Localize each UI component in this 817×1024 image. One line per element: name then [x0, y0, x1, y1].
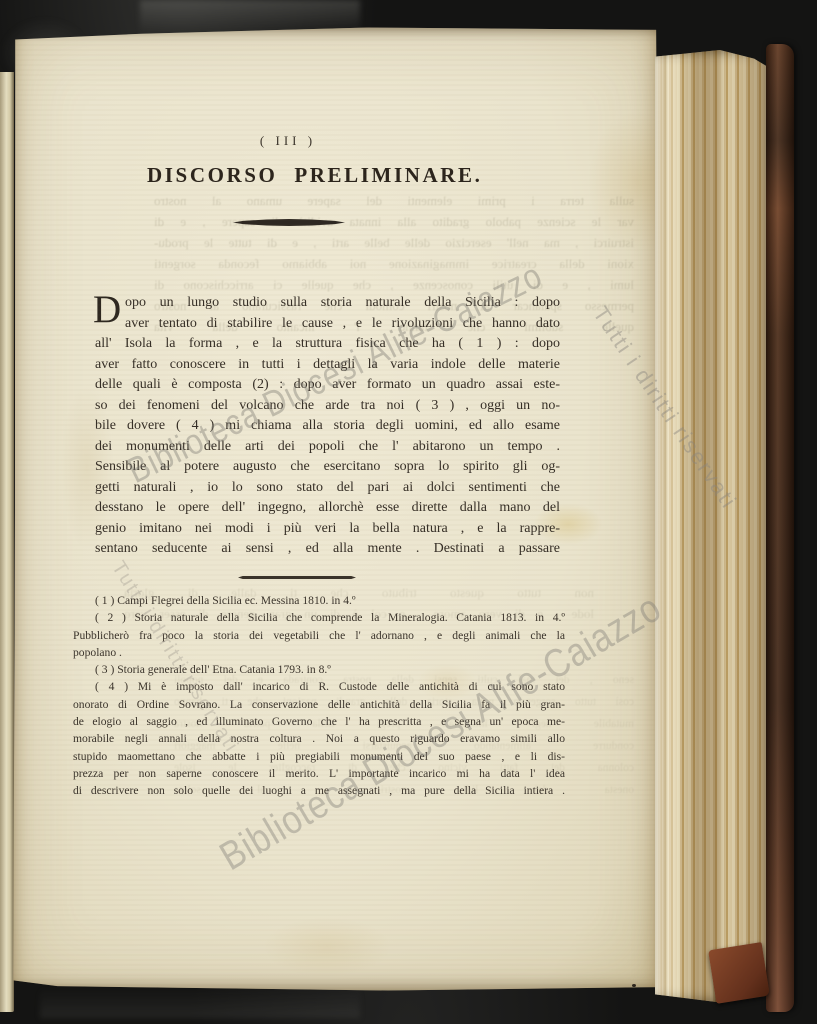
page-number: ( III ): [218, 133, 358, 149]
body-text-line: aver fatto conoscere in tutti i dettagli…: [95, 355, 560, 376]
footnote-line: popolano .: [73, 644, 565, 661]
footnotes: ( 1 ) Campi Flegrei della Sicilia ec. Me…: [73, 592, 565, 800]
footnote-line: de elogio al saggio , ed illuminato Gove…: [73, 713, 565, 730]
footnote-line: onorato di Ordine Sovrano. La conservazi…: [73, 696, 565, 713]
footnote-line: ( 2 ) Storia naturale della Sicilia che …: [73, 609, 565, 626]
body-text-line: bile dovere ( 4 ) mi chiama alla storia …: [95, 416, 560, 437]
footnote-line: Pubblicherò fra poco la storia dei veget…: [73, 627, 565, 644]
body-text-line: desstano le opere dell' ingegno, allorch…: [95, 498, 560, 519]
title-ornament-rule: [233, 219, 345, 226]
footnote-line: stupido maomettano che abbatte i più pre…: [73, 748, 565, 765]
paper-stain: [242, 907, 412, 987]
book-binding: [766, 44, 794, 1012]
body-text-line: sentano seducente ai sensi , ed alla men…: [95, 539, 560, 560]
page-stack-fore-edge: [655, 50, 773, 1002]
bleedthrough-line: xioni della creatrice immaginazione noi …: [154, 253, 634, 274]
footnote-line: prezza per non saperne conoscere il meri…: [73, 765, 565, 782]
body-text: opo un lungo studio sulla storia natural…: [95, 293, 560, 560]
footnote-line: ( 3 ) Storia generale dell' Etna. Catani…: [73, 661, 565, 678]
book-page: sulla terra i primi elementi del sapere …: [12, 27, 660, 991]
body-text-line: genio imitano nei modi i più veri la bel…: [95, 519, 560, 540]
body-text-line: delle quali è composta (2) : dopo aver f…: [95, 375, 560, 396]
body-text-line: opo un lungo studio sulla storia natural…: [95, 293, 560, 314]
bleedthrough-line: sulla terra i primi elementi del sapere …: [154, 190, 634, 211]
footnote-line: ( 4 ) Mi è imposto dall' incarico di R. …: [73, 678, 565, 695]
bleedthrough-line: istruirci , ma nell' esercizio delle bel…: [154, 232, 634, 253]
backdrop-sheen: [40, 988, 360, 1018]
book-photo-scene: sulla terra i primi elementi del sapere …: [0, 0, 817, 1024]
footnote-line: ( 1 ) Campi Flegrei della Sicilia ec. Me…: [73, 592, 565, 609]
body-text-line: getti naturali , io lo sono stato del pa…: [95, 478, 560, 499]
footnote-line: morabile negli annali della nostra coltu…: [73, 730, 565, 747]
footnote-separator-rule: [238, 576, 356, 579]
facing-page-edge: [0, 72, 14, 1012]
footnote-line: di descrivere non solo quelle dei luoghi…: [73, 782, 565, 799]
body-text-line: so dei fenomeni del volcano che arde tra…: [95, 396, 560, 417]
body-text-line: Sensibile al potere augusto che esercita…: [95, 457, 560, 478]
body-text-line: all' Isola la forma , e la struttura fis…: [95, 334, 560, 355]
ink-speck: [632, 984, 636, 987]
binding-corner-flap: [708, 942, 770, 1004]
chapter-title: DISCORSO PRELIMINARE.: [147, 163, 482, 188]
bleedthrough-line: var le scienze pabolo gradito alla innat…: [154, 211, 634, 232]
body-text-line: dei monumenti delle arti dei popoli che …: [95, 437, 560, 458]
body-text-line: aver tentato di stabilire le cause , e l…: [95, 314, 560, 335]
bleedthrough-line: lumi , e di utili conoscenze , che quell…: [154, 274, 634, 295]
